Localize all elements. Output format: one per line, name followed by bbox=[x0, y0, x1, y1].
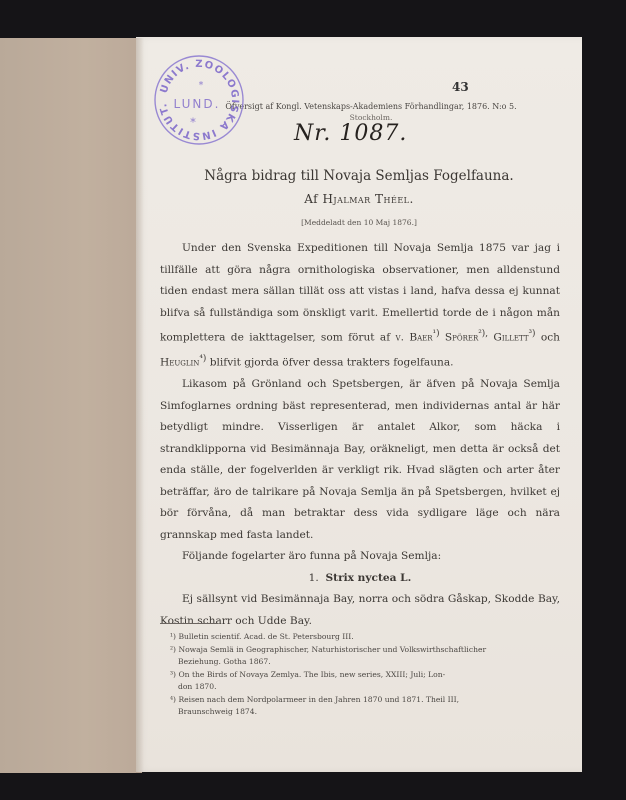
footnote-3-cont: don 1870. bbox=[170, 681, 554, 694]
document-page: 43 Öfversigt af Kongl. Vetenskaps-Akadem… bbox=[136, 37, 582, 772]
page-binding-shadow bbox=[136, 38, 144, 773]
svg-text:*: * bbox=[199, 81, 204, 91]
svg-text:*: * bbox=[190, 116, 196, 129]
footnote-2-cont: Beziehung. Gotha 1867. bbox=[170, 656, 554, 669]
tan-paper-wrapper bbox=[0, 38, 142, 773]
article-dateline: [Meddeladt den 10 Maj 1876.] bbox=[136, 218, 582, 227]
paragraph-3: Följande fogelarter äro funna på Novaja … bbox=[160, 546, 560, 568]
footnote-4: ⁴) Reisen nach dem Nordpolarmeer in den … bbox=[170, 694, 554, 707]
footnote-2: ²) Nowaja Semlä in Geographischer, Natur… bbox=[170, 644, 554, 657]
article-title: Några bidrag till Novaja Semljas Fogelfa… bbox=[136, 168, 582, 184]
footnote-divider bbox=[160, 623, 218, 624]
author-prefix: Af bbox=[304, 192, 318, 206]
footnote-4-cont: Braunschweig 1874. bbox=[170, 706, 554, 719]
footnote-ref-4: ⁴) bbox=[199, 354, 206, 364]
paragraph-4: Ej sällsynt vid Besimännaja Bay, norra o… bbox=[160, 589, 560, 632]
paragraph-2: Likasom på Grönland och Spetsbergen, är … bbox=[160, 374, 560, 546]
svg-text:LUND.: LUND. bbox=[174, 97, 221, 111]
article-body: Under den Svenska Expeditionen till Nova… bbox=[160, 238, 560, 632]
article-author: Af Hjalmar Théel. bbox=[136, 192, 582, 206]
author-name: Hjalmar Théel. bbox=[322, 192, 413, 206]
footnote-1: ¹) Bulletin scientif. Acad. de St. Peter… bbox=[170, 631, 554, 644]
footnote-ref-2: ²), bbox=[478, 329, 488, 339]
page-number: 43 bbox=[452, 80, 469, 94]
footnotes: ¹) Bulletin scientif. Acad. de St. Peter… bbox=[170, 631, 554, 719]
species-heading: 1. Strix nyctea L. bbox=[160, 568, 560, 590]
library-stamp-icon: UNIV. ZOOLOGISKA INSTITUT. * LUND. * bbox=[153, 54, 245, 146]
footnote-ref-1: ¹) bbox=[433, 329, 440, 339]
footnote-ref-3: ³) bbox=[529, 329, 536, 339]
handwritten-catalog-number: Nr. 1087. bbox=[294, 121, 407, 146]
paragraph-1: Under den Svenska Expeditionen till Nova… bbox=[160, 238, 560, 374]
footnote-3: ³) On the Birds of Novaya Zemlya. The Ib… bbox=[170, 669, 554, 682]
